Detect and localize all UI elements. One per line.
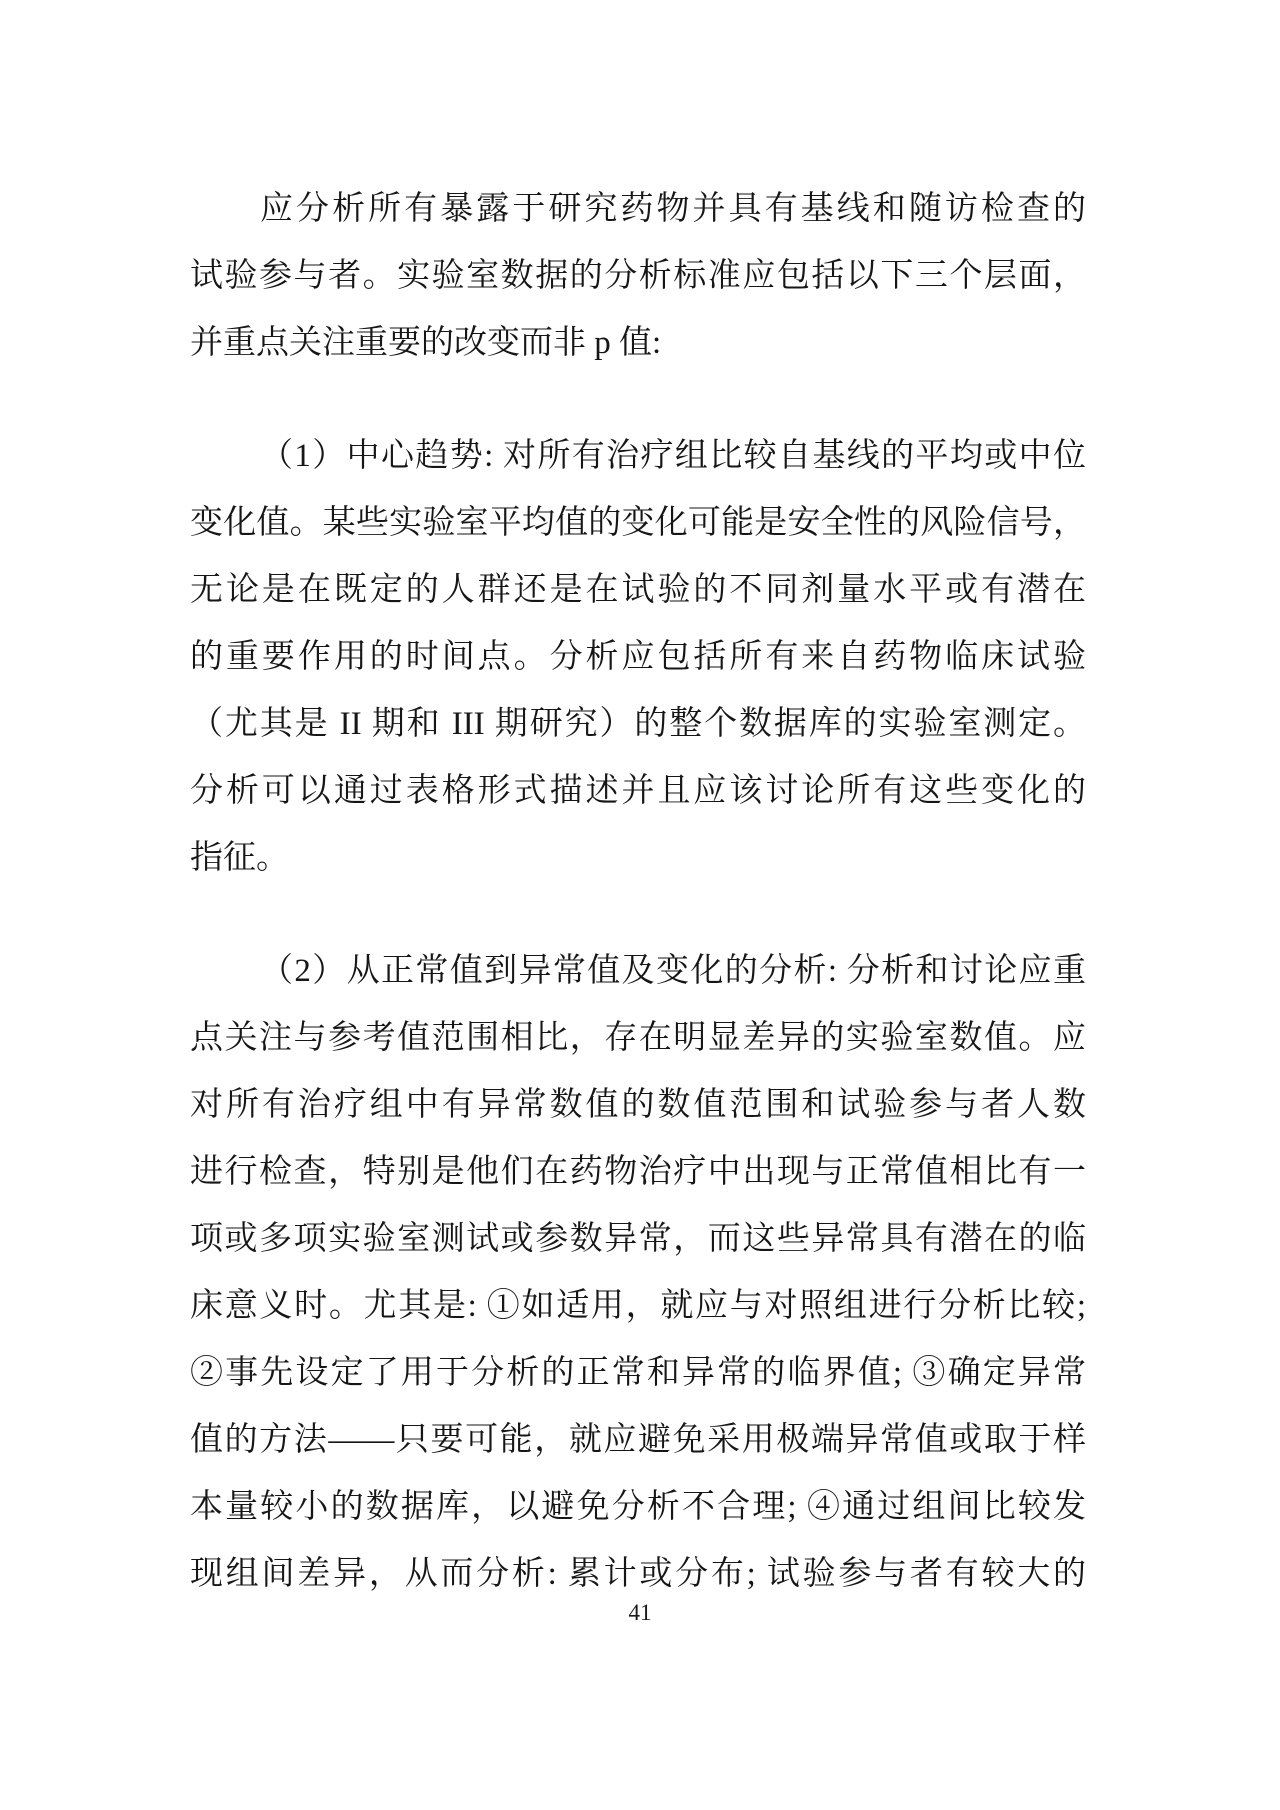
text-line: 并重点关注重要的改变而非 p 值:: [190, 310, 1086, 377]
text-line: 项或多项实验室测试或参数异常，而这些异常具有潜在的临: [190, 1206, 1086, 1273]
text-line: 应分析所有暴露于研究药物并具有基线和随访检查的: [190, 176, 1086, 243]
text-line: 试验参与者。实验室数据的分析标准应包括以下三个层面，: [190, 243, 1086, 310]
page-number: 41: [0, 1598, 1280, 1628]
document-page: 应分析所有暴露于研究药物并具有基线和随访检查的试验参与者。实验室数据的分析标准应…: [0, 0, 1280, 1810]
text-line: 进行检查，特别是他们在药物治疗中出现与正常值相比有一: [190, 1139, 1086, 1206]
text-line: 对所有治疗组中有异常数值的数值范围和试验参与者人数: [190, 1072, 1086, 1139]
text-line: ②事先设定了用于分析的正常和异常的临界值; ③确定异常: [190, 1340, 1086, 1407]
paragraph: （2）从正常值到异常值及变化的分析: 分析和讨论应重点关注与参考值范围相比，存在…: [190, 938, 1086, 1608]
text-line: 的重要作用的时间点。分析应包括所有来自药物临床试验: [190, 624, 1086, 691]
text-line: 本量较小的数据库，以避免分析不合理; ④通过组间比较发: [190, 1474, 1086, 1541]
text-line: 床意义时。尤其是: ①如适用，就应与对照组进行分析比较;: [190, 1273, 1086, 1340]
text-line: 值的方法——只要可能，就应避免采用极端异常值或取于样: [190, 1407, 1086, 1474]
paragraph: 应分析所有暴露于研究药物并具有基线和随访检查的试验参与者。实验室数据的分析标准应…: [190, 176, 1086, 377]
text-line: 点关注与参考值范围相比，存在明显差异的实验室数值。应: [190, 1005, 1086, 1072]
text-line: （1）中心趋势: 对所有治疗组比较自基线的平均或中位: [190, 423, 1086, 490]
text-line: 分析可以通过表格形式描述并且应该讨论所有这些变化的: [190, 758, 1086, 825]
text-line: （2）从正常值到异常值及变化的分析: 分析和讨论应重: [190, 938, 1086, 1005]
text-line: 无论是在既定的人群还是在试验的不同剂量水平或有潜在: [190, 557, 1086, 624]
paragraph: （1）中心趋势: 对所有治疗组比较自基线的平均或中位变化值。某些实验室平均值的变…: [190, 423, 1086, 892]
text-block: 应分析所有暴露于研究药物并具有基线和随访检查的试验参与者。实验室数据的分析标准应…: [190, 176, 1086, 1608]
text-line: （尤其是 II 期和 III 期研究）的整个数据库的实验室测定。: [190, 691, 1086, 758]
text-line: 变化值。某些实验室平均值的变化可能是安全性的风险信号，: [190, 490, 1086, 557]
text-line: 指征。: [190, 825, 1086, 892]
